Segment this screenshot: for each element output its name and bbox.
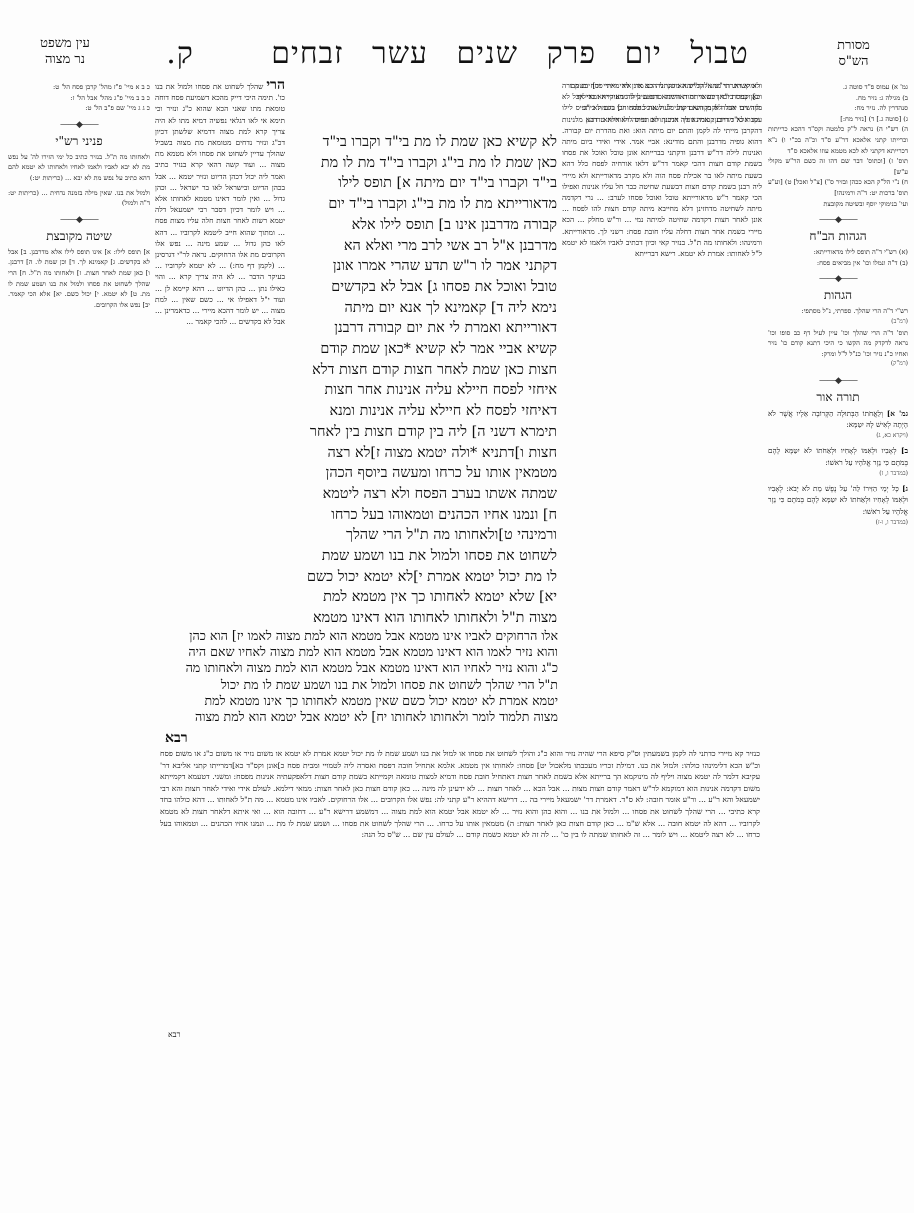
shita-mekubetzet-title: שיטה מקובצת <box>8 229 150 244</box>
masoret-entry: גמ' א) עמוס פ"ד סוטה ג. <box>768 82 908 93</box>
gemara-line: שמתה אשתו בערב הפסח ולא רצה ליטמא <box>292 484 557 505</box>
gemara-line: קשיא אביי אמר לא קשיא *כאן שמת קודם <box>292 339 557 360</box>
gemara-line: דאורייתא ואמרת לי את יום קבורה דרבנן <box>292 318 557 339</box>
masoret-entry: סנהדרין לה. נזיר מח: <box>768 103 908 114</box>
gemara-line: ת"ל הרי שהלך לשחוט את פסחו ולמול את בנו … <box>160 677 558 693</box>
torah-or-ref: (ויקרא כא, ג) <box>768 430 908 441</box>
hagahot-entry: רש"י ד"ה הרי שהלך. ספרתי, נ"ל מסתפי: <box>768 306 908 317</box>
ornament-divider <box>768 376 908 386</box>
ornament-divider <box>8 215 150 225</box>
gemara-catchword: רבא <box>165 730 188 747</box>
gemara-line: מדרבנן א"ל רב אשי לרב מרי ואלא הא <box>292 236 557 257</box>
gemara-line: נימא ליה ד] קאמינא לך אנא יום מיתה <box>292 298 557 319</box>
shita-mekubetzet-text: א] תופס לילו: א] אינו תופס לילו אלא מדרב… <box>8 247 150 311</box>
gemara-line: כאן שמת לו מת בי"ג וקברו בי"ד מת לו מת <box>292 153 557 174</box>
ein-mishpat-header: עין משפט נר מצוה <box>20 36 110 68</box>
rashi-top-span: לא קשיא. דר"ש אלדר"ש הא דקתני הכא אונן ל… <box>290 80 760 128</box>
tosafot-body: מטומאת מת מצוה בשביל שהולך עדיין לשחוט א… <box>155 138 285 326</box>
torah-or-verse: לְאָבִיו וּלְאִמּוֹ לְאָחִיו וּלְאַחֹתוֹ… <box>768 446 908 466</box>
penini-rashi-title: פניני רש"י <box>8 134 150 149</box>
gemara-line: חצות כאן שמת לאחר חצות קודם חצות דלא <box>292 360 557 381</box>
masoret-entry: ועי' בנימוקי יוסף ובשיטה מקובצת <box>768 199 908 210</box>
rashi-bottom-block: כנזיר קא מיירי כדתני לה לקמן בשמעתין וס"… <box>160 748 760 1033</box>
hagahot-ref: (רמ"ב) <box>768 317 908 328</box>
gemara-line: מצוה תלמוד לומר ולאחותו לאחותו יח] לא יט… <box>160 709 558 725</box>
ein-mishpat-entry: כ ג ג מיי' שם פ"ב הל' ט: <box>8 103 150 114</box>
gemara-line: מטמאין אותו על כרחו ומעשה ביוסף הכהן <box>292 463 557 484</box>
ornament-divider <box>768 215 908 225</box>
torah-or-ref: (במדבר ו, ז) <box>768 468 908 479</box>
hagahot-title: הגהות <box>768 288 908 303</box>
rashi-line: לא קשיא. דר"ש אלדר"ש הא דקתני הכא אונן ל… <box>290 80 760 91</box>
gemara-line: ח] ונמנו אחיו הכהנים וטמאוהו בעל כרחו <box>292 505 557 526</box>
gemara-line: בי"ד וקברו בי"ד יום מיתה א] תופס לילו <box>292 173 557 194</box>
tosafot-opening-word: הרי <box>266 80 285 93</box>
torah-or-entry: ג] כָּל יְמֵי הַזִּירוֹ לַה' עַל נֶפֶשׁ … <box>768 483 908 528</box>
gemara-wide-block: אלו הרחוקים לאביו אינו מטמא אבל מטמא הוא… <box>160 628 558 728</box>
torah-or-label: גמ' א] <box>887 409 908 418</box>
penini-rashi-text: ולאחותו מה ת"ל. בנזיר כתיב כל ימי הזירו … <box>8 152 150 184</box>
ornament-divider <box>768 274 908 284</box>
gemara-column: לא קשיא כאן שמת לו מת בי"ד וקברו בי"ד כא… <box>292 132 557 627</box>
hagahot-habach-entry: (א) רש"י ד"ה תופס לילו מדאורייתא: <box>768 247 908 258</box>
gemara-line: והוא נזיר לאמו הוא דאינו מטמא אבל מטמא ה… <box>160 644 558 660</box>
masoret-title: מסורת <box>811 38 896 54</box>
masoret-entry: ג) [סוטה ג.] ד) [נזיר מח:] <box>768 114 908 125</box>
gemara-line: קבורה מדרבנן אינו ב] תופס לילו אלא <box>292 215 557 236</box>
gemara-line: ורמינהי ט]ולאחותו מה ת"ל הרי שהלך <box>292 525 557 546</box>
gemara-line: דקתני אמר לו ר"ש תדע שהרי אמרו אונן <box>292 256 557 277</box>
masoret-entry: ה) רש"י ה) נראה ל"ק כלמטה וקס"ד דהכא כרי… <box>768 124 908 156</box>
gemara-line: לו מת יכול יטמא אמרת י]לא יטמא יכול כשם <box>292 567 557 588</box>
rashi-bottom-text: כנזיר קא מיירי כדתני לה לקמן בשמעתין וס"… <box>160 748 760 841</box>
rashi-bottom-catchword: רבא <box>168 1030 181 1039</box>
tosafot-text: הרי שהלך לשחוט את פסחו ולמול את בנו כו'.… <box>155 80 285 327</box>
ein-mishpat-title: עין משפט <box>20 36 110 52</box>
penini-rashi-text-2: ולמול את בנו. שאין מילה בזמנה נדחית ... … <box>8 188 150 209</box>
left-margin-column: כ ב א מיי' פ"ז מהל' קרבן פסח הל' ט: כ ב … <box>8 82 150 1122</box>
gemara-line: יא] שלא יטמא לאחותו כך אין מטמא למת <box>292 587 557 608</box>
rashi-column: ורומיא דתרתי מתני' קמייתא משני לה רב מרי… <box>562 80 762 730</box>
ein-mishpat-entry: כ ב א מיי' פ"ז מהל' קרבן פסח הל' ט: <box>8 82 150 93</box>
ner-mitzvah-title: נר מצוה <box>20 52 110 68</box>
hagahot-habach-title: הגהות הב"ח <box>768 229 908 244</box>
hagahot-habach-entry: (ב) ד"ה ונמלו וכו' אין מביאים פסח: <box>768 258 908 269</box>
hagahot-ref: (רמ"ק) <box>768 359 908 370</box>
masoret-entry: ח) נ"י הל"ק הכא ככהן ובזיר ס") [צ"ל ואכל… <box>768 177 908 198</box>
torah-or-label: ב] <box>901 446 908 455</box>
hagahot-entry: תוס' ד"ה הרי שהלך וכו' עיין לעיל דף כב ס… <box>768 328 908 360</box>
torah-or-label: ג] <box>902 484 908 493</box>
gemara-line: יטמא אמרת לא יטמא יכול כשם שאין מטמא לאח… <box>160 693 558 709</box>
right-margin-column: גמ' א) עמוס פ"ד סוטה ג. ב) מגילה ג: נזיר… <box>768 82 908 702</box>
ein-mishpat-entry: כ ב ב מיי' פ"ג מהל' אבל הל' ז: <box>8 93 150 104</box>
masoret-entry: ב) מגילה ג: נזיר מח. <box>768 93 908 104</box>
gemara-line: לא קשיא כאן שמת לו מת בי"ד וקברו בי"ד <box>292 132 557 153</box>
torah-or-entry: ב] לְאָבִיו וּלְאִמּוֹ לְאָחִיו וּלְאַחֹ… <box>768 445 908 479</box>
rashi-line: יג] וקברו בי"ד דיום מיתה דאורייתא ותפיס … <box>290 91 760 102</box>
gemara-line: איחזי לפסח חיילא עליה אנינות אחר חצות <box>292 380 557 401</box>
masoret-entry: תוס' ז) [וכתוס' דבר שם דהו זה כשם הר"ש מ… <box>768 156 908 177</box>
torah-or-entry: גמ' א] וְלַאֲחֹתוֹ הַבְּתוּלָה הַקְּרוֹב… <box>768 408 908 442</box>
folio-number: ק. <box>160 36 200 71</box>
torah-or-ref: (במדבר ו, ו-ז) <box>768 517 908 528</box>
masoret-hashas-header: מסורת הש"ס <box>811 38 896 70</box>
torah-or-verse: כָּל יְמֵי הַזִּירוֹ לַה' עַל נֶפֶשׁ מֵת… <box>768 484 908 515</box>
rashi-line: ליה רבי יהודה לקמן והא דקתני לעיל אוכל פ… <box>290 102 760 113</box>
gemara-line: טובל ואוכל את פסחו ג] אבל לא בקדשים <box>292 277 557 298</box>
tractate-chapter-title: טבול יום פרק שנים עשר זבחים <box>260 36 760 71</box>
gemara-line: מצוה ת"ל ולאחותו לאחותו הוא דאינו מטמא <box>292 608 557 627</box>
ornament-divider <box>8 120 150 130</box>
gemara-line: כ"ג והוא נזיר לאחיו הוא דאינו מטמא אבל מ… <box>160 660 558 676</box>
gemara-line: חצות ו]דתניא *ולה יטמא מצוה ז]לא רצה <box>292 443 557 464</box>
hashas-title: הש"ס <box>811 54 896 70</box>
rashi-line: וקברו בי"ד דיום קבורה גופיה דרבנן ולא תפ… <box>290 114 760 125</box>
torah-or-title: תורה אור <box>768 390 908 405</box>
gemara-line: אלו הרחוקים לאביו אינו מטמא אבל מטמא הוא… <box>160 628 558 644</box>
gemara-line: מדאורייתא מת לו מת בי"ג וקברו בי"ד יום <box>292 194 557 215</box>
gemara-line: תימרא דשני ה] ליה בין קודם חצות בין לאחר <box>292 422 557 443</box>
gemara-line: לשחוט את פסחו ולמול את בנו ושמע שמת <box>292 546 557 567</box>
gemara-line: דאיחזי לפסח לא חיילא עליה אנינות ומנא <box>292 401 557 422</box>
